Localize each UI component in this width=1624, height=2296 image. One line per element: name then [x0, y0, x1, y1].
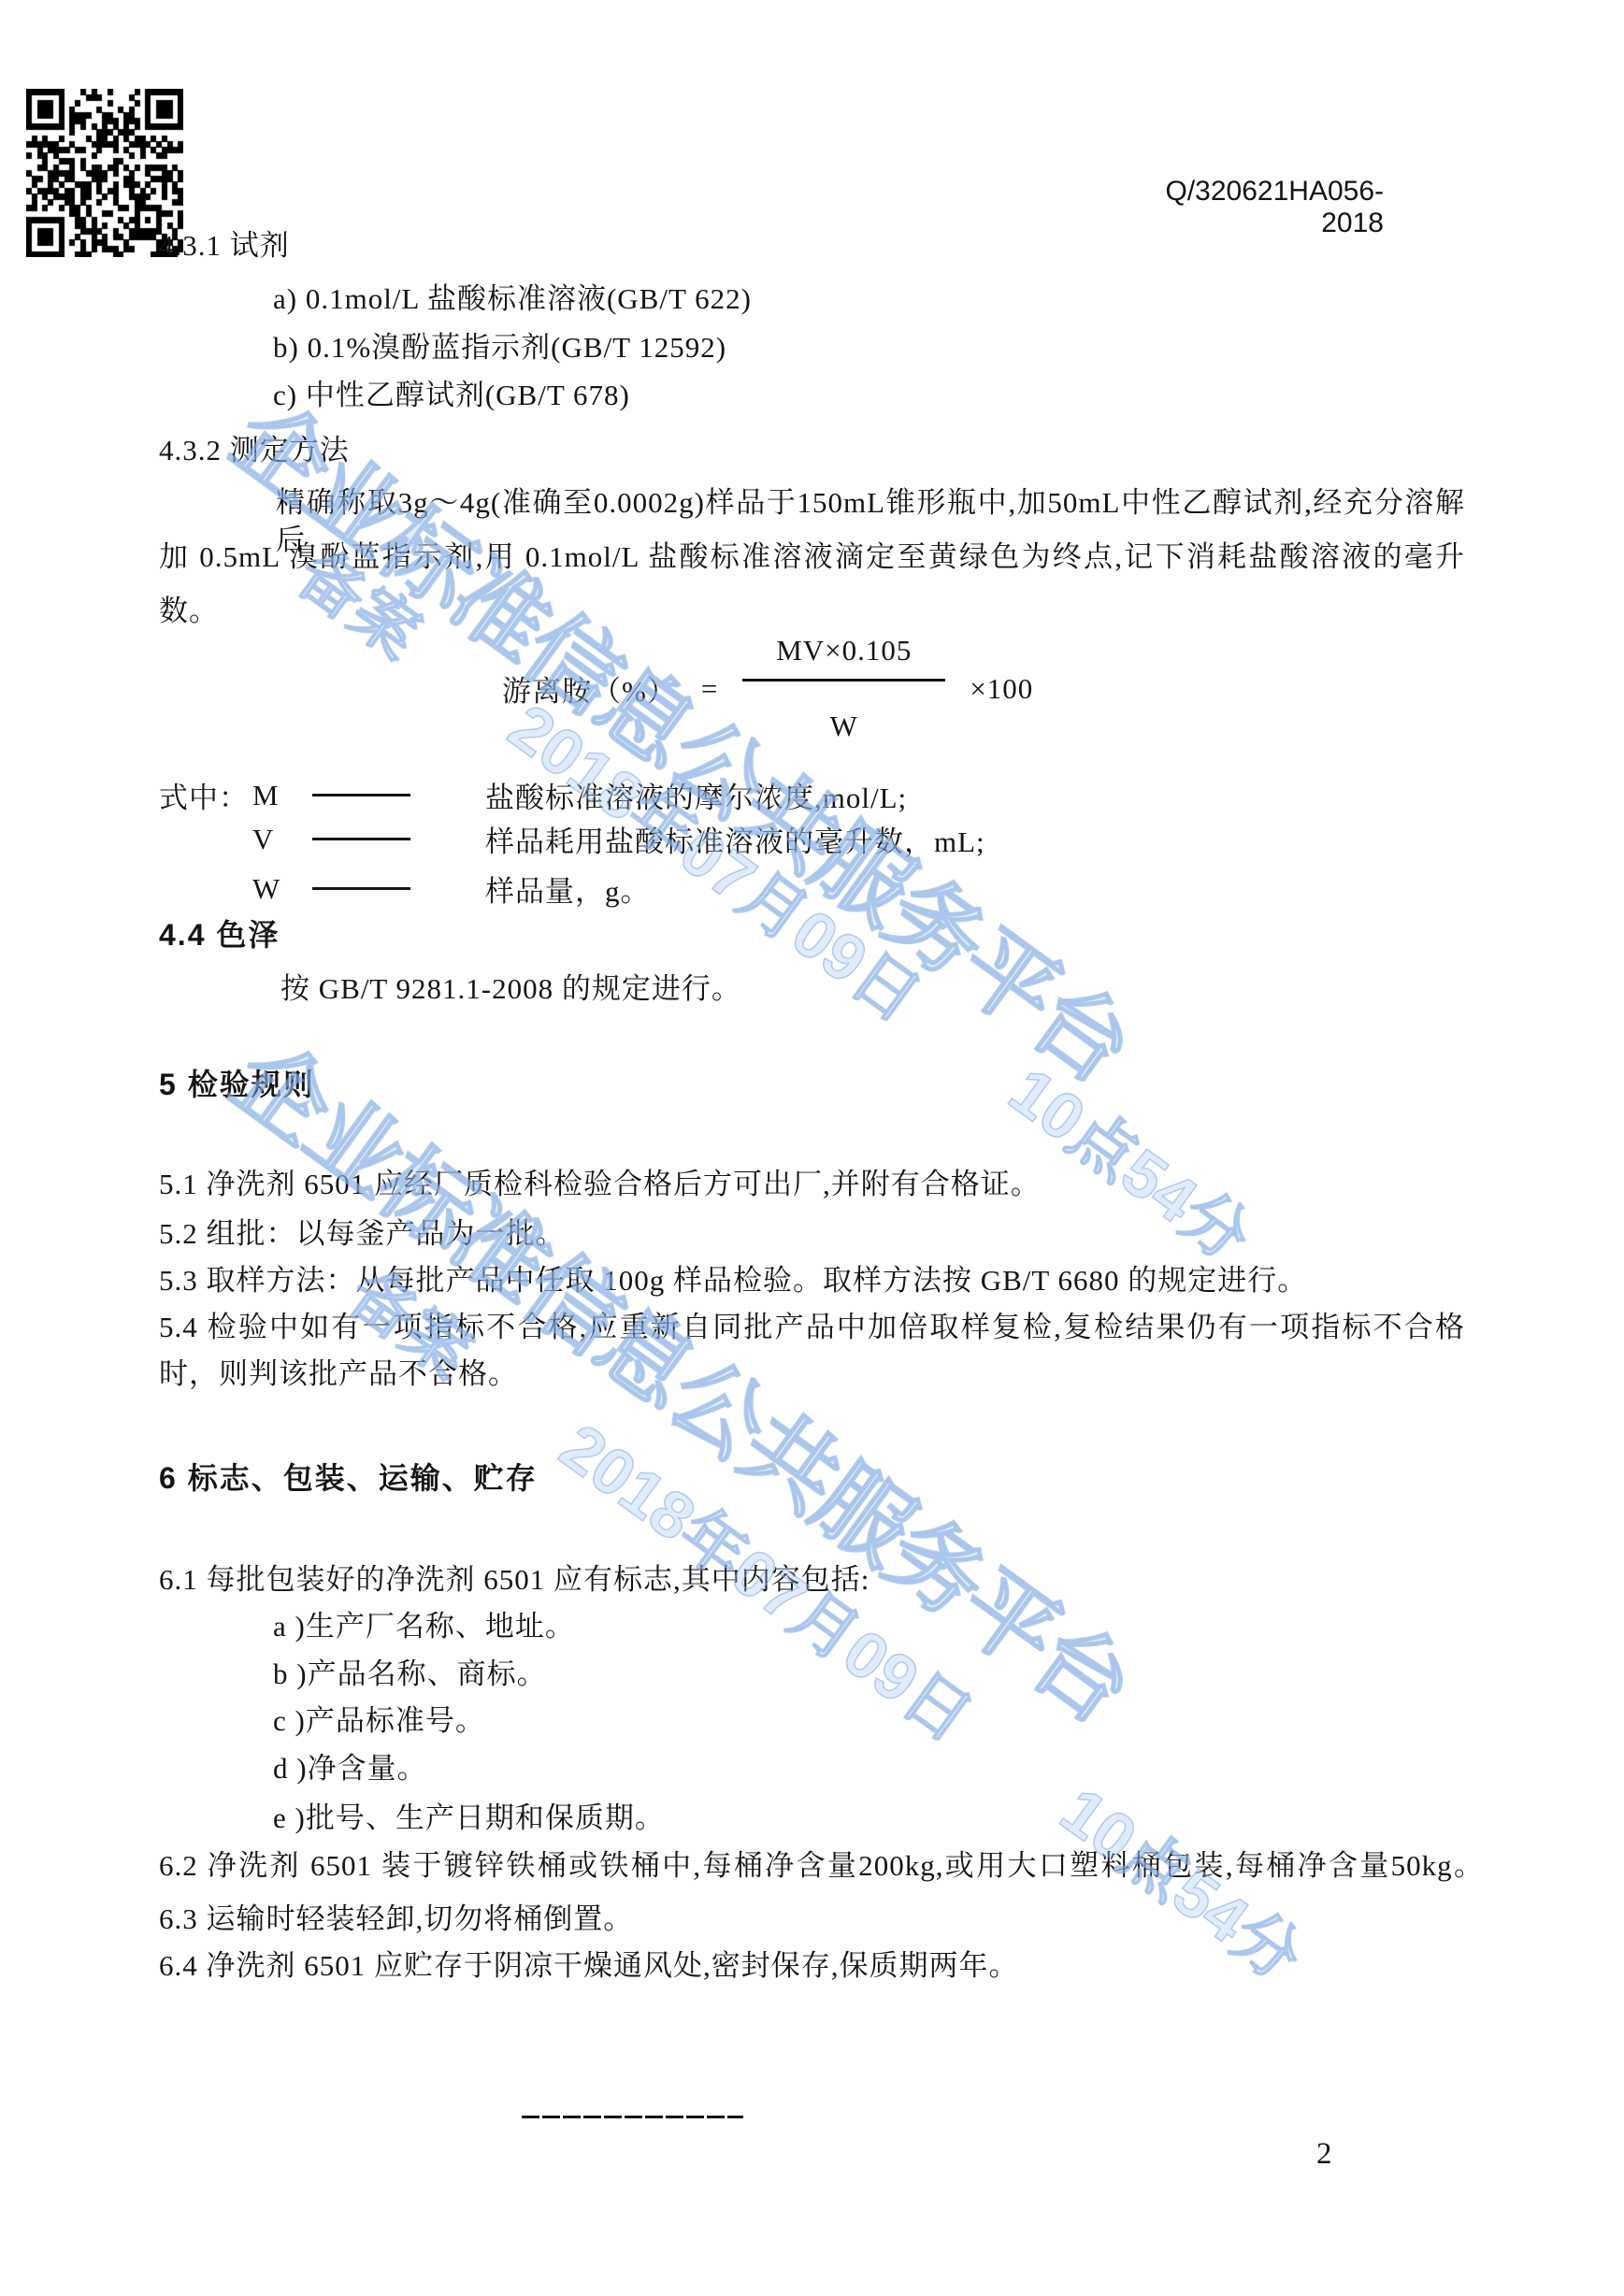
formula-fraction: MV×0.105 W — [742, 634, 945, 743]
doc-number: Q/320621HA056-2018 — [1122, 176, 1384, 239]
clause-6-heading: 6 标志、包装、运输、贮存 — [159, 1459, 538, 1497]
dash-line — [312, 838, 410, 840]
mark-item-d: d )净含量。 — [273, 1750, 427, 1787]
clause-62: 6.2 净洗剂 6501 装于镀锌铁桶或铁桶中,每桶净含量200kg,或用大口塑… — [159, 1847, 1484, 1885]
definition-row-v: V样品耗用盐酸标准溶液的毫升数，mL; — [159, 818, 985, 860]
clause-52: 5.2 组批：以每釜产品为一批。 — [159, 1215, 566, 1253]
mark-item-c: c )产品标准号。 — [273, 1702, 485, 1740]
mark-item-b: b )产品名称、商标。 — [273, 1656, 547, 1693]
clause-63: 6.3 运输时轻装轻卸,切勿将桶倒置。 — [159, 1901, 633, 1938]
method-para-line-2: 加 0.5mL 溴酚蓝指示剂,用 0.1mol/L 盐酸标准溶液滴定至黄绿色为终… — [159, 538, 1465, 576]
free-amine-formula: 游离胺（%） = MV×0.105 W ×100 — [502, 634, 1033, 743]
clause-54-line-2: 时，则判该批产品不合格。 — [159, 1356, 518, 1393]
clause-44-body: 按 GB/T 9281.1-2008 的规定进行。 — [280, 970, 741, 1008]
symbol-w: W — [252, 872, 292, 906]
symbol-m: M — [252, 779, 292, 812]
clause-44-heading: 4.4 色泽 — [159, 916, 280, 954]
clause-64: 6.4 净洗剂 6501 应贮存于阴凉干燥通风处,密封保存,保质期两年。 — [159, 1947, 1019, 1985]
dash-line — [312, 794, 410, 796]
definition-v-desc: 样品耗用盐酸标准溶液的毫升数，mL; — [485, 818, 985, 860]
formula-equals: = — [701, 672, 718, 706]
watermark-time: 10点54分 — [997, 1054, 1263, 1275]
dash-line — [312, 887, 410, 890]
end-of-text-line — [522, 2116, 743, 2118]
definition-row-w: W样品量，g。 — [159, 868, 651, 910]
clause-61: 6.1 每批包装好的净洗剂 6501 应有标志,其中内容包括: — [159, 1561, 869, 1599]
reagent-item-b: b) 0.1%溴酚蓝指示剂(GB/T 12592) — [273, 329, 726, 366]
clause-5-heading: 5 检验规则 — [159, 1066, 315, 1103]
clause-51: 5.1 净洗剂 6501 应经厂质检科检验合格后方可出厂,并附有合格证。 — [159, 1166, 1041, 1203]
clause-431-heading: 4.3.1 试剂 — [159, 227, 290, 265]
mark-item-a: a )生产厂名称、地址。 — [273, 1608, 575, 1645]
reagent-item-a: a) 0.1mol/L 盐酸标准溶液(GB/T 622) — [273, 280, 752, 318]
definition-m-desc: 盐酸标准溶液的摩尔浓度,mol/L; — [485, 774, 907, 816]
document-page: Q/320621HA056-2018 企业标准信息公共服务平台 备案 2018年… — [0, 0, 1624, 2296]
formula-denominator: W — [830, 710, 858, 743]
clause-53: 5.3 取样方法：从每批产品中任取 100g 样品检验。取样方法按 GB/T 6… — [159, 1262, 1307, 1299]
formula-multiplier: ×100 — [970, 672, 1033, 706]
definition-w-desc: 样品量，g。 — [485, 868, 651, 910]
symbol-v: V — [252, 823, 292, 856]
reagent-item-c: c) 中性乙醇试剂(GB/T 678) — [273, 377, 630, 414]
definitions-intro: 式中： — [159, 774, 252, 816]
clause-432-heading: 4.3.2 测定方法 — [159, 432, 350, 469]
fraction-bar — [742, 679, 945, 682]
mark-item-e: e )批号、生产日期和保质期。 — [273, 1800, 665, 1837]
formula-numerator: MV×0.105 — [776, 634, 912, 667]
definition-row-m: 式中：M盐酸标准溶液的摩尔浓度,mol/L; — [159, 774, 907, 816]
formula-lhs: 游离胺（%） — [502, 667, 677, 710]
method-para-line-3: 数。 — [159, 593, 219, 630]
clause-54-line-1: 5.4 检验中如有一项指标不合格,应重新自同批产品中加倍取样复检,复检结果仍有一… — [159, 1309, 1465, 1346]
page-number: 2 — [1316, 2137, 1332, 2172]
